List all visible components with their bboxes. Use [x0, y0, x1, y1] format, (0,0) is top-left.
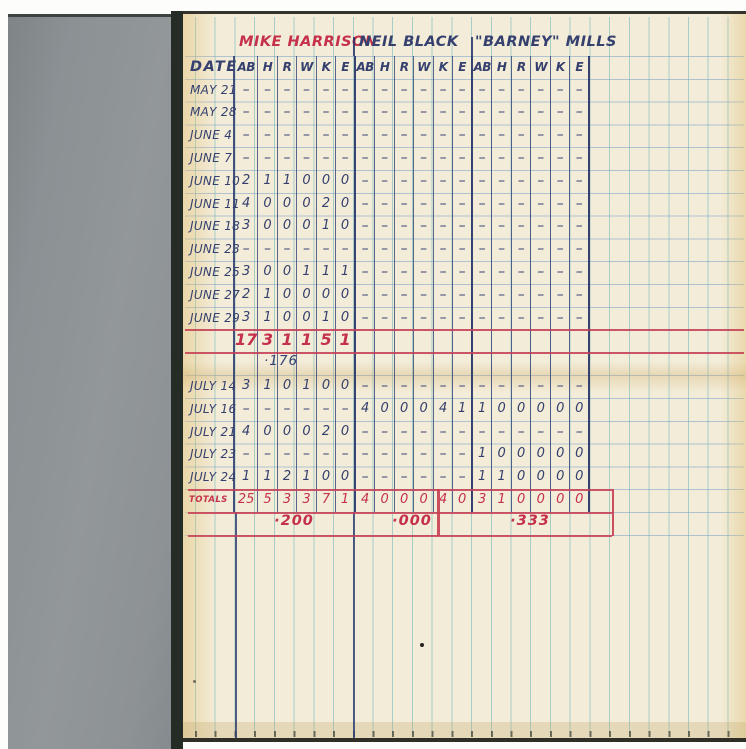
stat-cell: –	[414, 193, 434, 216]
stat-cell: –	[336, 101, 356, 124]
stat-cell: 0	[317, 375, 337, 398]
column-header: W	[414, 56, 434, 79]
total-value: 5	[258, 489, 278, 512]
stat-cell: –	[395, 215, 415, 238]
stat-cell: –	[531, 284, 551, 307]
name-divider-tick	[353, 37, 355, 56]
stat-cell: 0	[531, 466, 551, 489]
stat-cell: –	[375, 284, 395, 307]
stat-cell: 0	[297, 193, 317, 216]
stat-cell: –	[395, 421, 415, 444]
stat-cell: 0	[258, 193, 278, 216]
stat-cell: 1	[258, 284, 278, 307]
stat-cell: 1	[258, 170, 278, 193]
stat-cell: –	[356, 421, 376, 444]
date-label: JUNE 27	[188, 284, 235, 307]
stat-cell: –	[395, 79, 415, 102]
stat-cell: –	[356, 215, 376, 238]
stat-cell: 0	[512, 466, 532, 489]
stat-cell: –	[531, 215, 551, 238]
column-header: AB	[235, 56, 258, 79]
total-value: 0	[551, 489, 571, 512]
stat-cell: 4	[235, 193, 258, 216]
stat-grid: DATEABHRWKEABHRWKEABHRWKEMAY 21–––––––––…	[188, 56, 590, 512]
next-page-edge-ticks	[195, 731, 743, 737]
stat-cell: –	[414, 79, 434, 102]
stat-cell: –	[453, 238, 473, 261]
total-value: 1	[336, 489, 356, 512]
empty-cell	[395, 352, 415, 375]
stat-cell: –	[492, 79, 512, 102]
stat-cell: –	[258, 101, 278, 124]
stat-cell: –	[473, 170, 493, 193]
stat-cell: –	[375, 421, 395, 444]
stat-cell: –	[356, 307, 376, 330]
stat-cell: –	[375, 466, 395, 489]
stat-cell: –	[453, 101, 473, 124]
stat-cell: –	[336, 398, 356, 421]
subtotal-value: 17	[235, 329, 258, 352]
stat-cell: –	[434, 443, 454, 466]
stat-cell: 1	[235, 466, 258, 489]
subtotal-value: 3	[258, 329, 278, 352]
stat-cell: 2	[317, 421, 337, 444]
empty-cell	[414, 352, 434, 375]
stat-cell: –	[235, 238, 258, 261]
stat-cell: –	[512, 147, 532, 170]
stat-cell: –	[492, 124, 512, 147]
stat-cell: –	[356, 170, 376, 193]
stat-cell: –	[531, 307, 551, 330]
stat-cell: –	[473, 307, 493, 330]
empty-cell	[434, 329, 454, 352]
stat-cell: 0	[570, 398, 590, 421]
stat-cell: 1	[297, 466, 317, 489]
stat-cell: –	[414, 170, 434, 193]
stat-cell: –	[492, 147, 512, 170]
stat-cell: –	[570, 193, 590, 216]
stat-cell: 0	[531, 398, 551, 421]
date-column-line-extension	[235, 512, 237, 738]
stat-cell: –	[395, 170, 415, 193]
stat-cell: –	[395, 443, 415, 466]
stat-cell: –	[336, 79, 356, 102]
section-line-extension	[353, 512, 355, 738]
stat-cell: –	[356, 101, 376, 124]
stat-cell: –	[551, 147, 571, 170]
stat-cell: 1	[297, 261, 317, 284]
stat-cell: –	[258, 79, 278, 102]
stat-cell: –	[356, 79, 376, 102]
average-barney: ·333	[471, 513, 589, 535]
stat-cell: –	[395, 193, 415, 216]
column-header: AB	[473, 56, 493, 79]
stat-cell: –	[414, 215, 434, 238]
stat-cell: –	[434, 101, 454, 124]
stat-cell: 1	[258, 375, 278, 398]
stat-cell: 0	[512, 398, 532, 421]
stat-cell: 0	[278, 193, 298, 216]
interim-average-mike: ·176	[235, 353, 327, 375]
total-value: 3	[297, 489, 317, 512]
stat-cell: –	[297, 124, 317, 147]
stat-cell: –	[414, 101, 434, 124]
stat-cell: –	[297, 443, 317, 466]
stat-cell: –	[356, 466, 376, 489]
stat-cell: 0	[336, 307, 356, 330]
stat-cell: 0	[336, 421, 356, 444]
stat-cell: –	[551, 284, 571, 307]
stat-cell: –	[395, 101, 415, 124]
stat-cell: –	[356, 193, 376, 216]
stat-cell: 0	[395, 398, 415, 421]
empty-cell	[512, 352, 532, 375]
red-box-right-edge	[612, 489, 614, 536]
column-header: R	[395, 56, 415, 79]
stat-cell: –	[492, 284, 512, 307]
stat-cell: 1	[336, 261, 356, 284]
stat-cell: 0	[570, 466, 590, 489]
totals-label: TOTALS	[188, 489, 235, 512]
stat-cell: 0	[278, 307, 298, 330]
column-header: E	[336, 56, 356, 79]
stat-cell: –	[512, 170, 532, 193]
stat-cell: –	[395, 147, 415, 170]
stat-cell: –	[531, 147, 551, 170]
stat-cell: –	[473, 147, 493, 170]
stat-cell: –	[570, 284, 590, 307]
stat-cell: –	[278, 124, 298, 147]
total-value: 0	[414, 489, 434, 512]
stat-cell: 2	[235, 170, 258, 193]
date-label: JULY 14	[188, 375, 235, 398]
stat-cell: –	[531, 124, 551, 147]
stat-cell: 1	[258, 466, 278, 489]
empty-cell	[492, 329, 512, 352]
stat-cell: 1	[258, 307, 278, 330]
stat-cell: 0	[317, 170, 337, 193]
stat-cell: –	[258, 398, 278, 421]
stat-cell: –	[414, 443, 434, 466]
column-header: AB	[356, 56, 376, 79]
ink-dot	[420, 643, 424, 647]
empty-cell	[473, 352, 493, 375]
stat-cell: –	[570, 147, 590, 170]
stat-cell: –	[235, 101, 258, 124]
total-value: 25	[235, 489, 258, 512]
stat-cell: –	[512, 375, 532, 398]
stat-cell: –	[531, 261, 551, 284]
date-label: JULY 21	[188, 421, 235, 444]
stat-cell: –	[434, 147, 454, 170]
stat-cell: –	[492, 170, 512, 193]
book-cover-band	[8, 14, 171, 749]
stat-cell: 1	[317, 261, 337, 284]
stat-cell: –	[551, 375, 571, 398]
stat-cell: 1	[453, 398, 473, 421]
stat-cell: 2	[235, 284, 258, 307]
stat-cell: –	[258, 238, 278, 261]
stat-cell: –	[531, 421, 551, 444]
stat-cell: –	[531, 170, 551, 193]
stat-cell: 0	[258, 215, 278, 238]
stat-cell: –	[278, 79, 298, 102]
red-rule-above-subtotal	[185, 329, 744, 331]
empty-cell	[375, 329, 395, 352]
scanned-ledger-page: MIKE HARRISON NEIL BLACK "BARNEY" MILLS …	[0, 0, 746, 749]
total-value: 0	[512, 489, 532, 512]
stat-cell: 0	[570, 443, 590, 466]
column-header: R	[278, 56, 298, 79]
stat-cell: –	[551, 238, 571, 261]
stat-cell: 1	[473, 466, 493, 489]
stat-cell: –	[414, 147, 434, 170]
empty-cell	[188, 352, 235, 375]
stat-cell: –	[375, 443, 395, 466]
player-name-barney: "BARNEY" MILLS	[475, 34, 617, 56]
name-divider-tick	[471, 37, 473, 56]
stat-cell: –	[297, 147, 317, 170]
empty-cell	[473, 329, 493, 352]
stat-cell: –	[453, 215, 473, 238]
stat-cell: –	[395, 284, 415, 307]
stat-cell: –	[512, 124, 532, 147]
stat-cell: 3	[235, 307, 258, 330]
stat-cell: –	[531, 375, 551, 398]
stat-cell: –	[570, 124, 590, 147]
column-header: W	[297, 56, 317, 79]
column-header: W	[531, 56, 551, 79]
stat-cell: 0	[336, 170, 356, 193]
date-label: JUNE 4	[188, 124, 235, 147]
stat-cell: –	[473, 193, 493, 216]
stat-cell: –	[414, 284, 434, 307]
column-header: K	[551, 56, 571, 79]
column-header: R	[512, 56, 532, 79]
stat-cell: –	[453, 170, 473, 193]
stat-cell: –	[434, 375, 454, 398]
stat-cell: 0	[551, 443, 571, 466]
stat-cell: –	[512, 238, 532, 261]
empty-cell	[336, 352, 356, 375]
stat-cell: –	[434, 466, 454, 489]
stat-cell: –	[434, 170, 454, 193]
stat-cell: –	[473, 79, 493, 102]
empty-cell	[395, 329, 415, 352]
stat-cell: –	[297, 238, 317, 261]
stat-cell: –	[512, 307, 532, 330]
stat-cell: –	[317, 443, 337, 466]
stat-cell: 0	[297, 307, 317, 330]
stat-cell: –	[235, 79, 258, 102]
date-label: JULY 23	[188, 443, 235, 466]
ink-speck	[193, 680, 196, 683]
stat-cell: –	[278, 147, 298, 170]
total-value: 0	[375, 489, 395, 512]
stat-cell: 2	[317, 193, 337, 216]
stat-cell: –	[278, 101, 298, 124]
stat-cell: –	[551, 421, 571, 444]
stat-cell: –	[414, 375, 434, 398]
date-label: MAY 21	[188, 79, 235, 102]
stat-cell: –	[453, 375, 473, 398]
date-label: JUNE 11	[188, 193, 235, 216]
stat-cell: –	[356, 238, 376, 261]
stat-cell: –	[258, 124, 278, 147]
stat-cell: –	[492, 193, 512, 216]
stat-cell: –	[375, 215, 395, 238]
stat-cell: –	[395, 238, 415, 261]
stat-cell: –	[492, 421, 512, 444]
stat-cell: –	[317, 147, 337, 170]
total-value: 3	[278, 489, 298, 512]
empty-cell	[356, 352, 376, 375]
stat-cell: –	[434, 215, 454, 238]
column-header: K	[434, 56, 454, 79]
stat-cell: 3	[235, 261, 258, 284]
stat-cell: –	[570, 375, 590, 398]
total-value: 0	[531, 489, 551, 512]
stat-cell: 0	[297, 284, 317, 307]
stat-cell: 1	[297, 375, 317, 398]
column-header-date: DATE	[188, 56, 235, 79]
stat-cell: –	[434, 238, 454, 261]
stat-cell: –	[258, 147, 278, 170]
stat-cell: –	[356, 443, 376, 466]
stat-cell: –	[512, 284, 532, 307]
stat-cell: –	[492, 375, 512, 398]
stat-cell: 0	[336, 284, 356, 307]
empty-cell	[375, 352, 395, 375]
stat-cell: 0	[278, 261, 298, 284]
stat-cell: –	[414, 124, 434, 147]
stat-cell: –	[570, 101, 590, 124]
average-mike: ·200	[235, 513, 353, 535]
stat-cell: 0	[531, 443, 551, 466]
stat-cell: 0	[258, 421, 278, 444]
date-label: MAY 28	[188, 101, 235, 124]
stat-cell: –	[297, 398, 317, 421]
average-neil: ·000	[353, 513, 471, 535]
stat-cell: 3	[235, 375, 258, 398]
stat-cell: –	[453, 466, 473, 489]
stat-cell: –	[512, 101, 532, 124]
book-spine	[171, 11, 183, 749]
stat-cell: 0	[297, 215, 317, 238]
stat-cell: 0	[492, 398, 512, 421]
stat-cell: –	[434, 193, 454, 216]
column-header: H	[492, 56, 512, 79]
stat-cell: –	[375, 147, 395, 170]
column-header: H	[258, 56, 278, 79]
stat-cell: –	[235, 398, 258, 421]
stat-cell: –	[434, 421, 454, 444]
empty-cell	[492, 352, 512, 375]
stat-cell: –	[414, 261, 434, 284]
stat-cell: –	[297, 79, 317, 102]
stat-cell: –	[375, 193, 395, 216]
stat-cell: –	[473, 375, 493, 398]
empty-cell	[356, 329, 376, 352]
stat-cell: –	[453, 443, 473, 466]
stat-cell: –	[375, 170, 395, 193]
stat-cell: –	[512, 421, 532, 444]
stat-cell: –	[492, 101, 512, 124]
stat-cell: –	[492, 261, 512, 284]
stat-cell: –	[453, 284, 473, 307]
stat-cell: 1	[278, 170, 298, 193]
stat-cell: –	[551, 261, 571, 284]
stat-cell: –	[473, 261, 493, 284]
total-value: 4	[356, 489, 376, 512]
stat-cell: –	[570, 261, 590, 284]
stat-cell: –	[336, 238, 356, 261]
stat-cell: –	[531, 193, 551, 216]
stat-cell: –	[570, 238, 590, 261]
date-label: JUNE 23	[188, 238, 235, 261]
stat-cell: –	[395, 261, 415, 284]
stat-cell: 0	[336, 193, 356, 216]
stat-cell: –	[570, 79, 590, 102]
column-header: E	[570, 56, 590, 79]
empty-cell	[453, 329, 473, 352]
stat-cell: 0	[512, 443, 532, 466]
stat-cell: –	[551, 193, 571, 216]
total-value: 1	[492, 489, 512, 512]
stat-cell: 0	[492, 443, 512, 466]
stat-cell: –	[375, 375, 395, 398]
stat-cell: –	[531, 238, 551, 261]
empty-cell	[551, 352, 571, 375]
red-rule-above-totals	[188, 489, 612, 491]
stat-cell: 0	[551, 466, 571, 489]
stat-cell: –	[473, 215, 493, 238]
stat-cell: 0	[278, 284, 298, 307]
date-label: JULY 16	[188, 398, 235, 421]
total-value: 0	[395, 489, 415, 512]
stat-cell: –	[570, 421, 590, 444]
stat-cell: –	[375, 238, 395, 261]
date-label: JUNE 10	[188, 170, 235, 193]
stat-cell: –	[395, 375, 415, 398]
stat-cell: 0	[258, 261, 278, 284]
stat-cell: –	[317, 79, 337, 102]
subtotal-value: 1	[278, 329, 298, 352]
stat-cell: –	[414, 421, 434, 444]
stat-cell: –	[336, 124, 356, 147]
stat-cell: –	[434, 307, 454, 330]
stat-cell: 1	[473, 398, 493, 421]
stat-cell: –	[375, 124, 395, 147]
stat-cell: –	[473, 284, 493, 307]
stat-cell: –	[551, 307, 571, 330]
stat-cell: –	[570, 307, 590, 330]
stat-cell: –	[336, 443, 356, 466]
stat-cell: –	[356, 284, 376, 307]
stat-cell: –	[570, 170, 590, 193]
stat-cell: 4	[356, 398, 376, 421]
column-header: E	[453, 56, 473, 79]
stat-cell: –	[551, 79, 571, 102]
stat-cell: –	[414, 466, 434, 489]
stat-cell: 0	[278, 215, 298, 238]
stat-cell: –	[492, 215, 512, 238]
stat-cell: –	[453, 147, 473, 170]
stat-cell: –	[434, 261, 454, 284]
stat-cell: –	[375, 101, 395, 124]
date-label: JUNE 18	[188, 215, 235, 238]
stat-cell: –	[473, 421, 493, 444]
